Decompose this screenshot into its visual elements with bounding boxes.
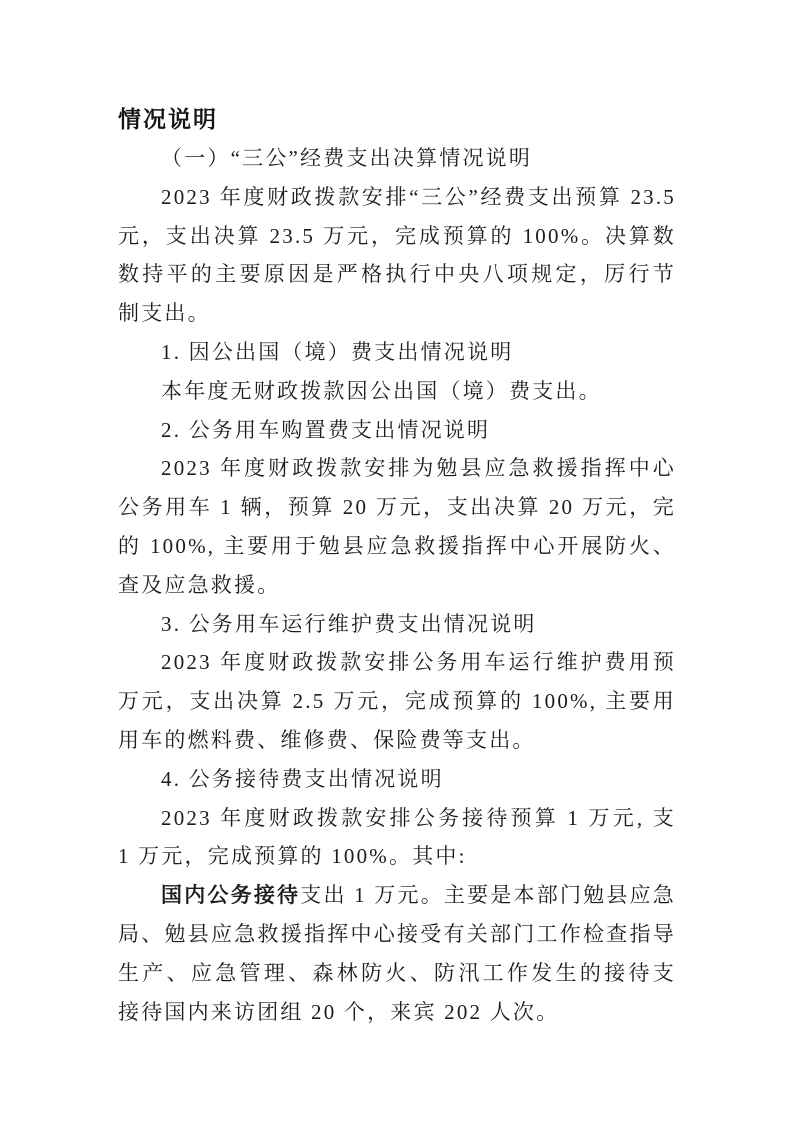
document-title: 情况说明 — [118, 99, 676, 139]
text-line: 用车的燃料费、维修费、保险费等支出。 — [118, 721, 676, 760]
text-line: 2023 年度财政拨款安排公务接待预算 1 万元, 支出决算 — [118, 799, 676, 838]
document-body: 情况说明 （一）“三公”经费支出决算情况说明 2023 年度财政拨款安排“三公”… — [118, 99, 676, 1031]
text-line: 公务用车 1 辆，预算 20 万元，支出决算 20 万元，完成预算 — [118, 488, 676, 527]
text-line: 本年度无财政拨款因公出国（境）费支出。 — [118, 372, 676, 411]
section-heading-line: （一）“三公”经费支出决算情况说明 — [118, 139, 676, 178]
text-line: 的 100%, 主要用于勉县应急救援指挥中心开展防火、防汛检 — [118, 527, 676, 566]
text-line: 2023 年度财政拨款安排“三公”经费支出预算 23.5 万 — [118, 178, 676, 217]
text-line: 国内公务接待支出 1 万元。主要是本部门勉县应急管理 — [118, 876, 676, 915]
text-line: 2023 年度财政拨款安排为勉县应急救援指挥中心购置 — [118, 449, 676, 488]
text-line: 查及应急救援。 — [118, 566, 676, 605]
text-line: 元，支出决算 23.5 万元，完成预算的 100%。决算数与预算 — [118, 217, 676, 256]
text-line: 生产、应急管理、森林防火、防汛工作发生的接待支出。共 — [118, 954, 676, 993]
text-line: 2023 年度财政拨款安排公务用车运行维护费用预算 2.5 — [118, 643, 676, 682]
text-line: 制支出。 — [118, 294, 676, 333]
subsection-heading-line: 2. 公务用车购置费支出情况说明 — [118, 411, 676, 450]
text-line: 万元，支出决算 2.5 万元，完成预算的 100%, 主要用于公务 — [118, 682, 676, 721]
text-line: 1 万元，完成预算的 100%。其中: — [118, 837, 676, 876]
document-page: 情况说明 （一）“三公”经费支出决算情况说明 2023 年度财政拨款安排“三公”… — [0, 0, 793, 1122]
subsection-heading-line: 3. 公务用车运行维护费支出情况说明 — [118, 605, 676, 644]
text-line: 接待国内来访团组 20 个，来宾 202 人次。 — [118, 993, 676, 1032]
subsection-heading-line: 1. 因公出国（境）费支出情况说明 — [118, 333, 676, 372]
text-line: 局、勉县应急救援指挥中心接受有关部门工作检查指导安全 — [118, 915, 676, 954]
subsection-heading-line: 4. 公务接待费支出情况说明 — [118, 760, 676, 799]
text-line: 数持平的主要原因是严格执行中央八项规定，厉行节约，控 — [118, 255, 676, 294]
bold-run: 国内公务接待 — [161, 883, 300, 907]
